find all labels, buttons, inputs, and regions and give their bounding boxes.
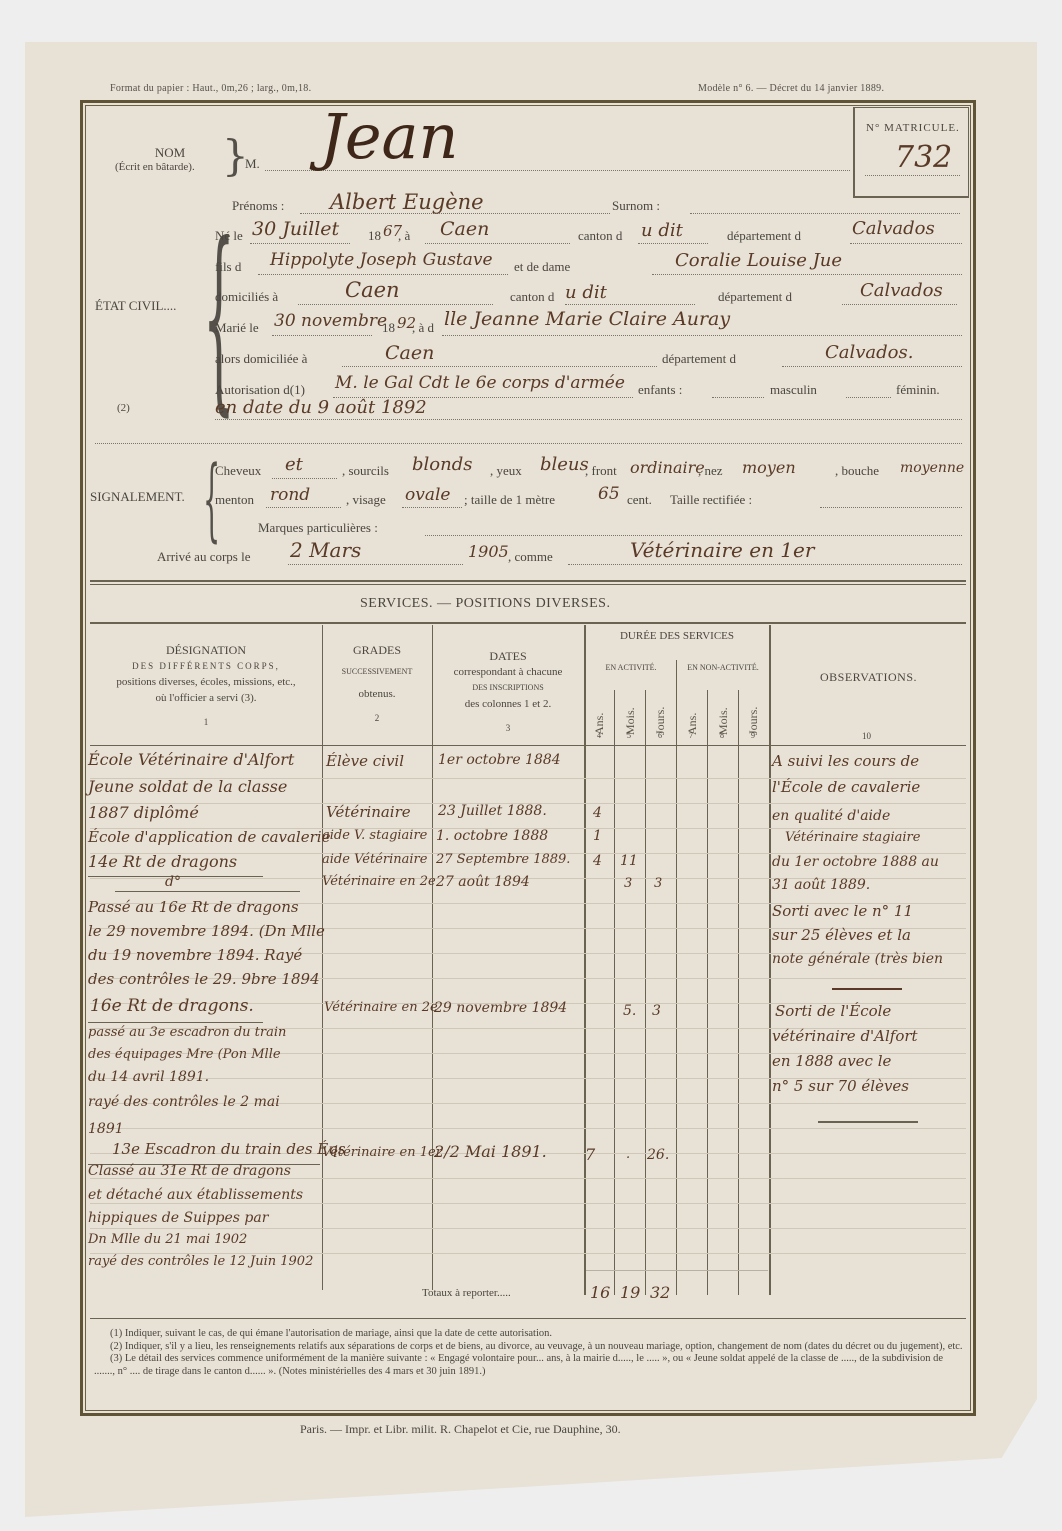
observation-line: note générale (très bien (772, 951, 943, 967)
cheveux-value: et (285, 454, 303, 475)
non-activite-header: EN NON-ACTIVITÉ. (678, 660, 768, 676)
col1-title: DÉSIGNATION (92, 642, 320, 658)
departement3-label: département d (662, 351, 736, 367)
duree-header: DURÉE DES SERVICES (586, 628, 768, 644)
visage-label: , visage (346, 492, 386, 508)
observation-line: 31 août 1889. (772, 877, 870, 893)
enfants-label: enfants : (638, 382, 682, 398)
col-num: 4 (597, 731, 601, 740)
designation-line: du 19 novembre 1894. Rayé (88, 946, 302, 964)
mois-cell: 3 (624, 876, 632, 891)
jours-header: Jours. (653, 690, 668, 735)
designation-line: rayé des contrôles le 12 Juin 1902 (88, 1254, 313, 1269)
col-num: 6 (658, 731, 662, 740)
yeux-value: bleus (540, 454, 589, 475)
surnom-line (690, 213, 960, 214)
nez-label: , nez (698, 463, 723, 479)
departement2-line (842, 304, 957, 305)
designation-line: hippiques de Suippes par (88, 1210, 268, 1226)
date-cell: 29 novembre 1894 (434, 1000, 567, 1016)
canton-value: u dit (641, 220, 683, 241)
arrive-date-line (288, 564, 463, 565)
col2-sub1: SUCCESSIVEMENT (324, 664, 430, 680)
cheveux-line (272, 478, 337, 479)
col1-sub1: DES DIFFÉRENTS CORPS, (92, 658, 320, 674)
cheveux-label: Cheveux (215, 463, 261, 479)
col-divider (769, 625, 771, 1295)
m-label: M. (245, 156, 260, 172)
ans-cell: 1 (593, 828, 602, 844)
marie-a-label: , à d (412, 320, 434, 336)
cent-label: cent. (627, 492, 652, 508)
dame-label: et de dame (514, 259, 570, 275)
footnotes: (1) Indiquer, suivant le cas, de qui éma… (94, 1328, 964, 1378)
marie-date: 30 novembre (274, 311, 387, 331)
note2-value: en date du 9 août 1892 (215, 397, 427, 418)
divider (90, 580, 966, 582)
paper-format-note: Format du papier : Haut., 0m,26 ; larg.,… (110, 83, 311, 94)
signalement-label: SIGNALEMENT. (90, 489, 185, 505)
col-num: 9 (751, 731, 755, 740)
bouche-label: , bouche (835, 463, 879, 479)
domicilies-label: domiciliés à (215, 289, 278, 305)
arrive-year: 1905 (468, 542, 509, 561)
designation-line: 14e Rt de dragons (88, 852, 237, 871)
menton-label: menton (215, 492, 254, 508)
departement-value: Calvados (852, 218, 935, 239)
note2-label: (2) (117, 402, 130, 414)
visage-value: ovale (405, 485, 450, 505)
footnote-2: (2) Indiquer, s'il y a lieu, les renseig… (94, 1341, 964, 1354)
departement2-value: Calvados (860, 280, 943, 301)
marie-label: Marié le (215, 320, 259, 336)
taille-rectifiee-line (820, 507, 962, 508)
designation-line: École d'application de cavalerie (88, 828, 330, 846)
canton2-value: u dit (565, 282, 607, 303)
observation-line: vétérinaire d'Alfort (772, 1027, 918, 1045)
observation-line: en 1888 avec le (772, 1052, 891, 1070)
col3-num: 3 (434, 720, 582, 736)
mother-name: Coralie Louise Jue (675, 250, 842, 271)
grade-cell: Vétérinaire en 2e (324, 1000, 438, 1015)
alors-label: alors domiciliée à (215, 351, 307, 367)
designation-line: Passé au 16e Rt de dragons (88, 898, 299, 916)
col1-sub2: positions diverses, écoles, missions, et… (92, 674, 320, 690)
col3-sub1: correspondant à chacune (434, 664, 582, 680)
totaux-mois: 19 (620, 1283, 640, 1302)
departement3-line (782, 366, 962, 367)
col3-sub2: DES INSCRIPTIONS (434, 680, 582, 696)
ans-cell: 7 (585, 1145, 595, 1164)
masculin-line (846, 397, 891, 398)
table-top-border (90, 622, 966, 624)
col-divider (584, 625, 586, 1295)
activite-header: EN ACTIVITÉ. (586, 660, 676, 676)
ans-header: Ans. (685, 695, 700, 735)
grade-cell: Élève civil (326, 752, 404, 770)
date-cell: 1er octobre 1884 (438, 752, 561, 768)
grade-cell: aide V. stagiaire (322, 828, 427, 843)
feminin-label: féminin. (896, 382, 940, 398)
ruled-line (90, 1128, 966, 1129)
matricule-label: N° MATRICULE. (866, 122, 960, 134)
observation-line: en qualité d'aide (772, 808, 890, 824)
designation-line: Classé au 31e Rt de dragons (88, 1163, 291, 1179)
father-line (258, 274, 508, 275)
matricule-value: 732 (895, 140, 952, 175)
prenoms-label: Prénoms : (232, 198, 284, 214)
jours-cell: 3 (654, 876, 662, 891)
totaux-label: Totaux à reporter..... (422, 1287, 511, 1299)
fils-label: fils d (215, 259, 241, 275)
services-title: SERVICES. — POSITIONS DIVERSES. (360, 596, 610, 612)
visage-line (402, 507, 462, 508)
col-divider (738, 690, 739, 1295)
taille-value: 65 (598, 484, 620, 504)
bouche-value: moyenne (900, 460, 964, 476)
year-prefix: 18 (368, 228, 381, 244)
nez-value: moyen (742, 458, 796, 477)
grade-cell: Vétérinaire en 1er (322, 1145, 442, 1160)
etat-civil-label: ÉTAT CIVIL.... (95, 298, 176, 314)
date-cell: 1. octobre 1888 (436, 828, 548, 844)
designation-line: École Vétérinaire d'Alfort (88, 750, 294, 769)
col-num: 10 (862, 731, 871, 741)
comme-value: Vétérinaire en 1er (630, 538, 814, 562)
observation-line: du 1er octobre 1888 au (772, 854, 939, 870)
alors-value: Caen (385, 342, 434, 364)
mois-cell: 5. (623, 1003, 636, 1019)
date-cell: 27 Septembre 1889. (436, 852, 570, 867)
col-divider (322, 625, 323, 1290)
sourcils-value: blonds (412, 454, 472, 475)
surnom-label: Surnom : (612, 198, 660, 214)
model-decree-note: Modèle n° 6. — Décret du 14 janvier 1889… (698, 83, 884, 94)
departement2-label: département d (718, 289, 792, 305)
ans-header: Ans. (592, 695, 607, 735)
col3-title: DATES (434, 648, 582, 664)
comme-label: , comme (508, 549, 553, 565)
autorisation-value: M. le Gal Cdt le 6e corps d'armée (335, 373, 625, 393)
marie-year-prefix: 18 (382, 320, 395, 336)
enfants-line (712, 397, 764, 398)
col1-sub3: où l'officier a servi (3). (92, 690, 320, 706)
date-cell: 2/2 Mai 1891. (434, 1142, 547, 1161)
observation-line: A suivi les cours de (772, 752, 919, 770)
header-bottom-border (90, 745, 966, 746)
ruled-line (90, 1203, 966, 1204)
col-divider (614, 690, 615, 1295)
taille-rectifiee-label: Taille rectifiée : (670, 492, 752, 508)
observation-line: Sorti de l'École (775, 1002, 891, 1020)
designation-line: le 29 novembre 1894. (Dn Mlle (88, 922, 325, 940)
mois-header: Mois. (623, 695, 638, 735)
masculin-label: masculin (770, 382, 817, 398)
observation-line: n° 5 sur 70 élèves (772, 1077, 909, 1095)
ne-le-line (250, 243, 350, 244)
col2-header: GRADES SUCCESSIVEMENT obtenus. 2 (324, 642, 430, 726)
domicile-line (298, 304, 493, 305)
grade-cell: Vétérinaire en 2e (322, 874, 436, 889)
col1-num: 1 (92, 714, 320, 730)
divider (90, 584, 966, 585)
ne-le-label: Né le (215, 228, 243, 244)
col2-num: 2 (324, 710, 430, 726)
departement3-value: Calvados. (825, 342, 913, 363)
note2-line1 (215, 419, 962, 420)
footnote-3: (3) Le détail des services commence unif… (94, 1353, 964, 1378)
grade-cell: Vétérinaire (326, 803, 411, 821)
date-cell: 23 Juillet 1888. (438, 803, 547, 819)
designation-line: rayé des contrôles le 2 mai (88, 1094, 280, 1110)
designation-line: des équipages Mre (Pon Mlle (88, 1047, 281, 1062)
printer-imprint: Paris. — Impr. et Libr. milit. R. Chapel… (300, 1422, 621, 1437)
ans-cell: 4 (593, 853, 602, 869)
ruled-line (90, 1228, 966, 1229)
observations-header: OBSERVATIONS. (820, 670, 917, 685)
col-num: 8 (720, 731, 724, 740)
spouse-line (442, 335, 962, 336)
a-label: , à (398, 228, 410, 244)
col2-title: GRADES (324, 642, 430, 658)
front-label: , front (585, 463, 617, 479)
col2-sub2: obtenus. (324, 686, 430, 702)
nom-value: Jean (320, 100, 458, 173)
grade-cell: aide Vétérinaire (322, 852, 427, 867)
footnote-1: (1) Indiquer, suivant le cas, de qui éma… (94, 1328, 964, 1341)
mois-cell: 11 (620, 853, 638, 869)
taille-label: ; taille de 1 mètre (464, 492, 555, 508)
totaux-jours: 32 (650, 1283, 670, 1302)
col-divider (432, 625, 433, 1290)
col-divider (707, 690, 708, 1295)
col-divider (645, 690, 646, 1295)
note2-line2 (95, 443, 962, 444)
jours-header: Jours. (746, 690, 761, 735)
jours-cell: 3 (652, 1003, 661, 1019)
birth-place-line (425, 243, 570, 244)
observation-line: l'École de cavalerie (772, 778, 920, 796)
designation-line: 13e Escadron du train des Éqs (112, 1140, 346, 1158)
designation-line: 1887 diplômé (88, 803, 199, 822)
totaux-ans: 16 (590, 1283, 610, 1302)
designation-line: des contrôles le 29. 9bre 1894 (88, 970, 320, 988)
matricule-line (865, 175, 960, 176)
observation-separator (818, 1121, 918, 1123)
comme-line (568, 564, 962, 565)
front-value: ordinaire (630, 458, 705, 477)
birth-place: Caen (440, 218, 489, 240)
jours-cell: 26. (647, 1147, 669, 1163)
ne-le-value: 30 Juillet (252, 218, 339, 240)
observation-line: Sorti avec le n° 11 (772, 902, 913, 920)
marques-line (425, 535, 962, 536)
designation-line: Jeune soldat de la classe (88, 777, 287, 796)
arrive-label: Arrivé au corps le (157, 549, 251, 565)
table-bottom-border (90, 1318, 966, 1319)
canton-label: canton d (578, 228, 622, 244)
marques-label: Marques particulières : (258, 520, 378, 536)
designation-line: Dn Mlle du 21 mai 1902 (88, 1232, 247, 1247)
col1-header: DÉSIGNATION DES DIFFÉRENTS CORPS, positi… (92, 642, 320, 730)
canton-line (638, 243, 708, 244)
mois-cell: . (626, 1147, 630, 1162)
marie-line (272, 335, 372, 336)
underline (115, 891, 300, 892)
departement-line (850, 243, 962, 244)
sourcils-label: , sourcils (342, 463, 389, 479)
col3-sub3: des colonnes 1 et 2. (434, 696, 582, 712)
designation-line: 1891 (88, 1121, 124, 1137)
menton-line (266, 507, 341, 508)
canton2-label: canton d (510, 289, 554, 305)
col3-header: DATES correspondant à chacune DES INSCRI… (434, 648, 582, 736)
menton-value: rond (270, 485, 310, 505)
designation-line: d° (165, 874, 181, 890)
designation-line: du 14 avril 1891. (88, 1069, 209, 1085)
father-name: Hippolyte Joseph Gustave (270, 250, 493, 270)
arrive-date: 2 Mars (290, 538, 361, 562)
date-cell: 27 août 1894 (436, 874, 530, 890)
prenoms-value: Albert Eugène (330, 190, 484, 214)
col-num: 7 (689, 731, 693, 740)
mother-line (652, 274, 962, 275)
canton2-line (565, 304, 695, 305)
nom-sublabel: (Écrit en bâtarde). (115, 161, 195, 173)
observation-line: sur 25 élèves et la (772, 926, 911, 944)
ans-cell: 4 (593, 805, 602, 821)
col-num: 5 (627, 731, 631, 740)
totaux-top-line (586, 1270, 768, 1271)
mois-header: Mois. (716, 695, 731, 735)
spouse-name: lle Jeanne Marie Claire Auray (444, 308, 730, 330)
departement-label: département d (727, 228, 801, 244)
designation-line: 16e Rt de dragons. (90, 996, 254, 1016)
observation-line: Vétérinaire stagiaire (785, 830, 920, 845)
yeux-label: , yeux (490, 463, 522, 479)
designation-line: passé au 3e escadron du train (88, 1025, 286, 1040)
observation-separator (832, 988, 902, 990)
nom-label: NOM (140, 145, 200, 161)
alors-line (342, 366, 657, 367)
autorisation-label: Autorisation d(1) (215, 382, 305, 398)
underline (88, 1022, 263, 1023)
designation-line: et détaché aux établissements (88, 1187, 303, 1203)
domicile-value: Caen (345, 278, 400, 302)
